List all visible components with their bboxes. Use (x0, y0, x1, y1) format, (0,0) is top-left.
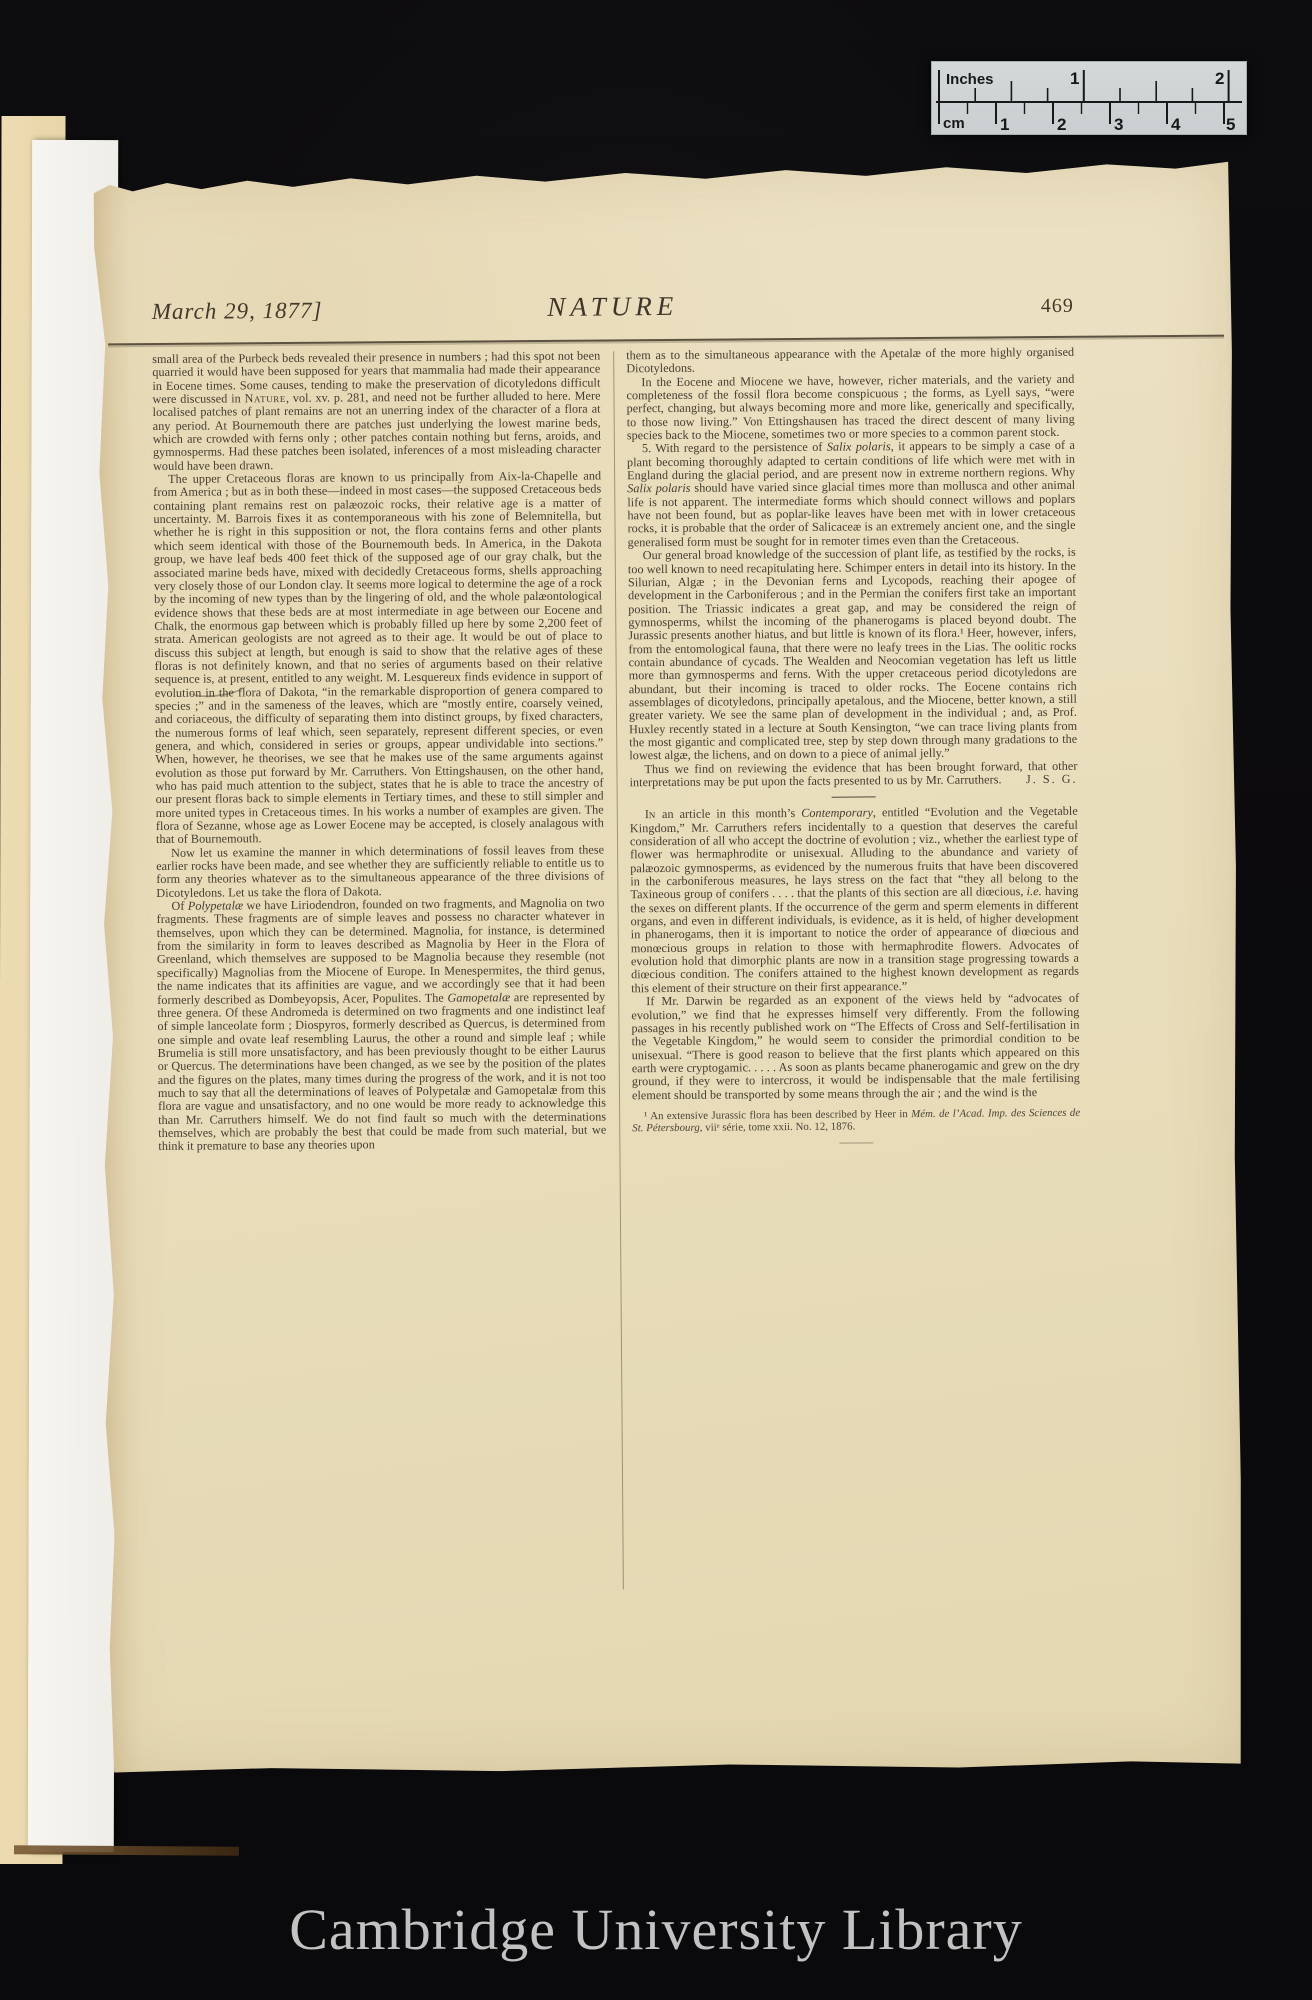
paragraph: 5. With regard to the persistence of Sal… (627, 439, 1076, 549)
footnote-end-rule (839, 1142, 873, 1143)
paragraph: If Mr. Darwin be regarded as an exponent… (631, 992, 1080, 1102)
journal-page: 50 March 29, 1877] NATURE 469 small area… (87, 159, 1246, 1778)
paragraph: Now let us examine the manner in which d… (156, 843, 604, 900)
ruler-scale: Inches 1 2 cm 1 2 3 4 5 (932, 62, 1246, 134)
ruler-cm-label: cm (943, 115, 965, 132)
paragraph: Our general broad knowledge of the succe… (628, 546, 1078, 763)
journal-title: NATURE (547, 291, 678, 323)
ruler-cm-number: 2 (1057, 115, 1066, 134)
book-edge-sliver (14, 1845, 239, 1856)
right-column: them as to the simultaneous appearance w… (626, 346, 1080, 1150)
ruler-cm-number: 3 (1114, 115, 1123, 134)
paragraph: Of Polypetalæ we have Liriodendron, foun… (156, 897, 606, 1154)
measurement-ruler: Inches 1 2 cm 1 2 3 4 5 (931, 61, 1247, 135)
ruler-cm-number: 1 (1000, 115, 1009, 134)
paragraph: The upper Cretaceous floras are known to… (153, 470, 604, 847)
column-divider-rule (613, 351, 624, 1589)
author-initials: J. S. G. (1011, 773, 1078, 787)
paragraph: In an article in this month’s Contempora… (630, 805, 1079, 995)
page-header: March 29, 1877] NATURE 469 (152, 288, 1074, 326)
paragraph: Thus we find on reviewing the evidence t… (629, 759, 1077, 789)
article-separator-rule (832, 797, 876, 798)
ruler-inch-number: 2 (1215, 69, 1224, 88)
footnote: ¹ An extensive Jurassic flora has been d… (632, 1107, 1080, 1135)
issue-date: March 29, 1877] (152, 296, 548, 325)
ruler-inches-label: Inches (946, 71, 994, 88)
ruler-cm-number: 5 (1226, 115, 1235, 134)
paragraph: small area of the Purbeck beds revealed … (152, 349, 601, 473)
ruler-cm-number: 4 (1171, 115, 1181, 134)
paragraph: In the Eocene and Miocene we have, howev… (626, 372, 1075, 442)
library-watermark: Cambridge University Library (0, 1896, 1312, 1963)
ruler-inch-number: 1 (1070, 69, 1079, 88)
page-number: 469 (678, 295, 1074, 321)
left-column: small area of the Purbeck beds revealed … (152, 349, 606, 1153)
text-columns: small area of the Purbeck beds revealed … (152, 346, 1080, 1154)
